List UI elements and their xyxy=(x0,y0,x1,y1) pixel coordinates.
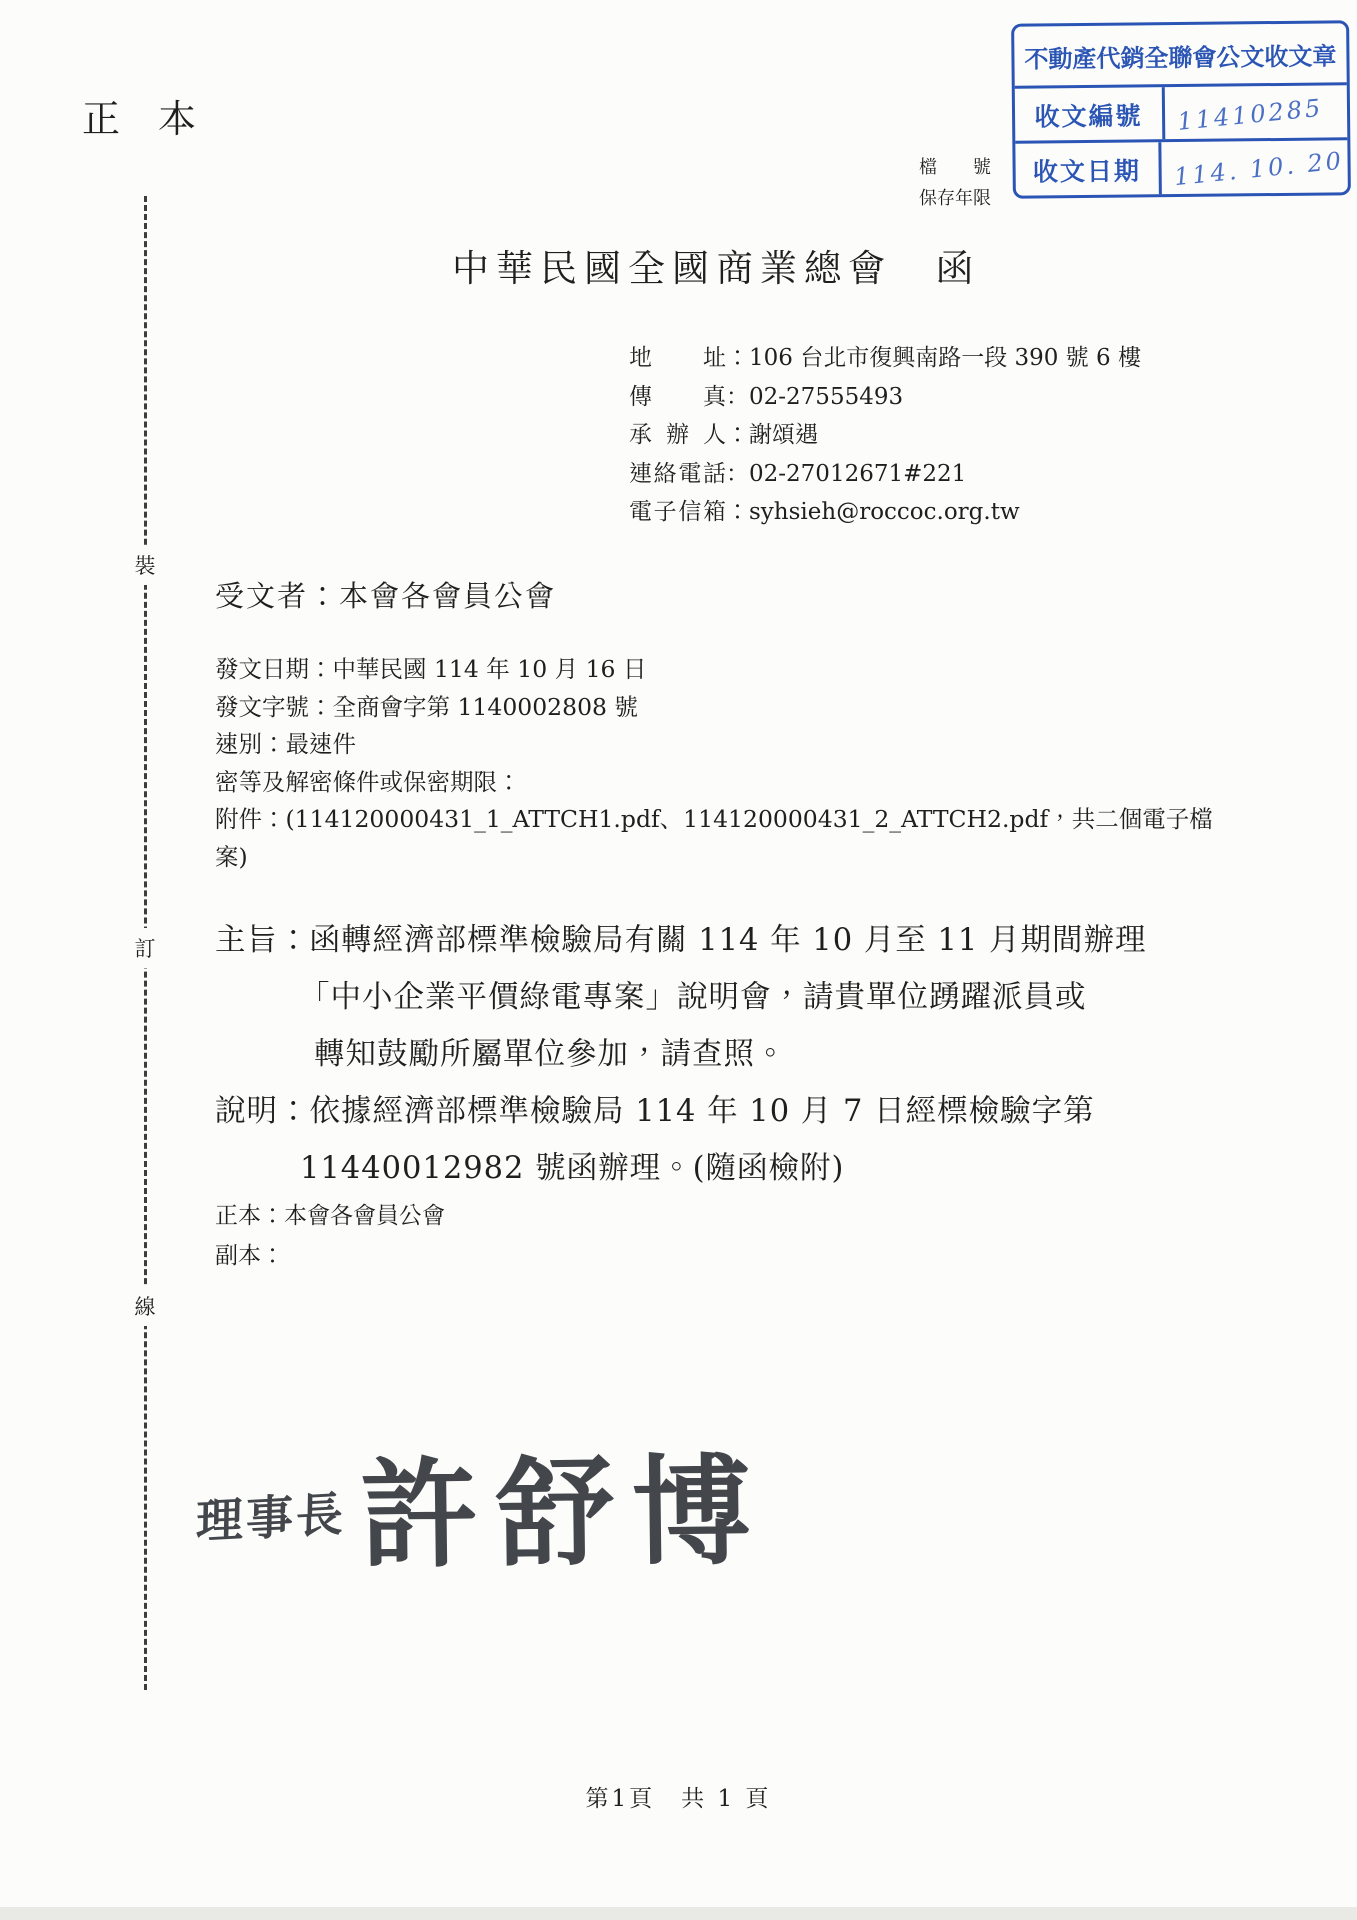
signature-block: 理事長 許舒博 xyxy=(196,1418,768,1588)
original-copy-line: 正本：本會各會員公會 xyxy=(215,1196,445,1236)
contact-fax-line: 傳真：02-27555493 xyxy=(629,378,1141,417)
contact-phone-value: 02-27012671#221 xyxy=(749,461,966,487)
receipt-date-label: 收文日期 xyxy=(1015,142,1161,196)
receipt-stamp-row-date: 收文日期 114. 10. 20 xyxy=(1015,137,1348,195)
receipt-stamp-title: 不動產代銷全聯會公文收文章 xyxy=(1014,23,1347,88)
contact-address-value: 106 台北市復興南路一段 390 號 6 樓 xyxy=(749,345,1141,371)
colon: ： xyxy=(726,422,749,448)
contact-address-label: 地址 xyxy=(629,339,726,378)
contact-person-label: 承辦人 xyxy=(629,416,726,455)
chairman-title-calligraphy: 理事長 xyxy=(196,1476,347,1551)
issue-date-line: 發文日期：中華民國 114 年 10 月 16 日 xyxy=(215,651,1213,689)
subject-line-3: 轉知鼓勵所屬單位參加，請查照。 xyxy=(314,1026,1147,1083)
binding-mark-zhuang: 裝 xyxy=(129,545,161,585)
receipt-stamp-row-number: 收文編號 11410285 xyxy=(1015,85,1348,140)
receipt-stamp: 不動產代銷全聯會公文收文章 收文編號 11410285 收文日期 114. 10… xyxy=(1011,20,1351,199)
recipient-line: 受文者：本會各會員公會 xyxy=(215,574,556,615)
description-block: 說明：依據經濟部標準檢驗局 114 年 10 月 7 日經標檢驗字第 11440… xyxy=(215,1083,1095,1197)
subject-block: 主旨：函轉經濟部標準檢驗局有關 114 年 10 月至 11 月期間辦理 「中小… xyxy=(215,912,1147,1083)
contact-email-line: 電子信箱：syhsieh@roccoc.org.tw xyxy=(629,493,1141,532)
contact-person-line: 承辦人：謝頌遇 xyxy=(629,416,1141,455)
contact-person-value: 謝頌遇 xyxy=(749,422,818,448)
copy-type-label: 正 本 xyxy=(82,88,196,143)
contact-phone-label: 連絡電話 xyxy=(629,455,726,494)
binding-mark-xian: 線 xyxy=(129,1286,161,1326)
contact-fax-label: 傳真 xyxy=(629,378,726,417)
document-title: 中華民國全國商業總會 函 xyxy=(452,238,980,292)
colon: ： xyxy=(726,345,749,371)
retention-period-label: 保存年限 xyxy=(919,183,991,214)
classification-line: 密等及解密條件或保密期限： xyxy=(215,764,1213,802)
file-number-block: 檔 號 保存年限 xyxy=(919,152,991,214)
contact-email-value: syhsieh@roccoc.org.tw xyxy=(749,499,1020,525)
reference-number-line: 發文字號：全商會字第 1140002808 號 xyxy=(215,689,1213,727)
file-number-label: 檔 號 xyxy=(919,152,991,183)
page-number-footer: 第1頁 共 1 頁 xyxy=(0,1780,1357,1813)
attachment-line: 附件：(114120000431_1_ATTCH1.pdf、1141200004… xyxy=(215,801,1213,839)
copies-block: 正本：本會各會員公會 副本： xyxy=(215,1196,445,1276)
description-line-2: 11440012982 號函辦理。(隨函檢附) xyxy=(300,1140,1095,1197)
cc-copy-line: 副本： xyxy=(215,1236,445,1276)
description-line-1: 說明：依據經濟部標準檢驗局 114 年 10 月 7 日經標檢驗字第 xyxy=(215,1083,1095,1140)
colon: ： xyxy=(726,384,749,410)
priority-line: 速別：最速件 xyxy=(215,726,1213,764)
sender-contact-block: 地址：106 台北市復興南路一段 390 號 6 樓 傳真：02-2755549… xyxy=(629,339,1141,532)
scan-edge-artifact xyxy=(0,1907,1357,1920)
colon: ： xyxy=(726,499,749,525)
contact-fax-value: 02-27555493 xyxy=(749,384,903,410)
chairman-name-calligraphy: 許舒博 xyxy=(359,1416,769,1591)
attachment-line-wrap: 案) xyxy=(215,839,1213,877)
contact-address-line: 地址：106 台北市復興南路一段 390 號 6 樓 xyxy=(629,339,1141,378)
contact-phone-line: 連絡電話：02-27012671#221 xyxy=(629,455,1141,494)
receipt-number-label: 收文編號 xyxy=(1015,87,1166,141)
binding-mark-ding: 訂 xyxy=(129,928,161,968)
colon: ： xyxy=(726,461,749,487)
document-meta-block: 發文日期：中華民國 114 年 10 月 16 日 發文字號：全商會字第 114… xyxy=(215,651,1213,877)
contact-email-label: 電子信箱 xyxy=(629,493,726,532)
subject-line-2: 「中小企業平價綠電專案」說明會，請貴單位踴躍派員或 xyxy=(299,969,1147,1026)
subject-line-1: 主旨：函轉經濟部標準檢驗局有關 114 年 10 月至 11 月期間辦理 xyxy=(215,912,1147,969)
scanned-official-letter: { "colors": { "stamp_blue": "#2b55b5", "… xyxy=(0,0,1357,1920)
